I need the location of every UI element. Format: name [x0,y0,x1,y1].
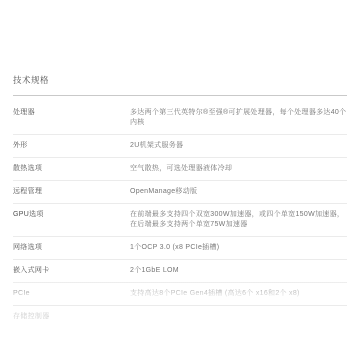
spec-value: 空气散热，可选处理器液体冷却 [130,164,347,174]
spec-label: 网络选项 [13,243,130,253]
spec-row-storage-controller: 存储控制器 [13,306,347,328]
spec-row-networking: 网络选项 1个OCP 3.0 (x8 PCIe插槽) [13,237,347,260]
spec-label: PCIe [13,289,130,299]
spec-value: 在前端最多支持四个双宽300W加速器，或四个单宽150W加速器，在后端最多支持两… [130,210,347,230]
tech-specs-section: 技术规格 处理器 多达两个第三代英特尔®至强®可扩展处理器，每个处理器多达40个… [13,74,347,328]
spec-row-processor: 处理器 多达两个第三代英特尔®至强®可扩展处理器，每个处理器多达40个内核 [13,96,347,135]
spec-label: 散热选项 [13,164,130,174]
spec-value: 支持高达8个PCIe Gen4插槽 (高达6个 x16和2个 x8) [130,289,347,299]
spec-row-cooling: 散热选项 空气散热，可选处理器液体冷却 [13,158,347,181]
spec-row-remote-management: 远程管理 OpenManage移动版 [13,181,347,204]
spec-value: 2个1GbE LOM [130,266,347,276]
spec-label: 远程管理 [13,187,130,197]
spec-row-pcie: PCIe 支持高达8个PCIe Gen4插槽 (高达6个 x16和2个 x8) [13,283,347,306]
spec-value: 1个OCP 3.0 (x8 PCIe插槽) [130,243,347,253]
spec-value: 2U机架式服务器 [130,141,347,151]
spec-label: 处理器 [13,108,130,118]
spec-page: 技术规格 处理器 多达两个第三代英特尔®至强®可扩展处理器，每个处理器多达40个… [0,0,360,360]
spec-row-form-factor: 外形 2U机架式服务器 [13,135,347,158]
spec-value: 多达两个第三代英特尔®至强®可扩展处理器，每个处理器多达40个内核 [130,108,347,128]
spec-label: 存储控制器 [13,312,130,322]
spec-label: 嵌入式网卡 [13,266,130,276]
spec-label: GPU选项 [13,210,130,220]
spec-table: 处理器 多达两个第三代英特尔®至强®可扩展处理器，每个处理器多达40个内核 外形… [13,96,347,328]
spec-row-gpu: GPU选项 在前端最多支持四个双宽300W加速器，或四个单宽150W加速器，在后… [13,204,347,237]
section-title: 技术规格 [13,74,347,86]
spec-value: OpenManage移动版 [130,187,347,197]
spec-label: 外形 [13,141,130,151]
spec-row-embedded-nic: 嵌入式网卡 2个1GbE LOM [13,260,347,283]
